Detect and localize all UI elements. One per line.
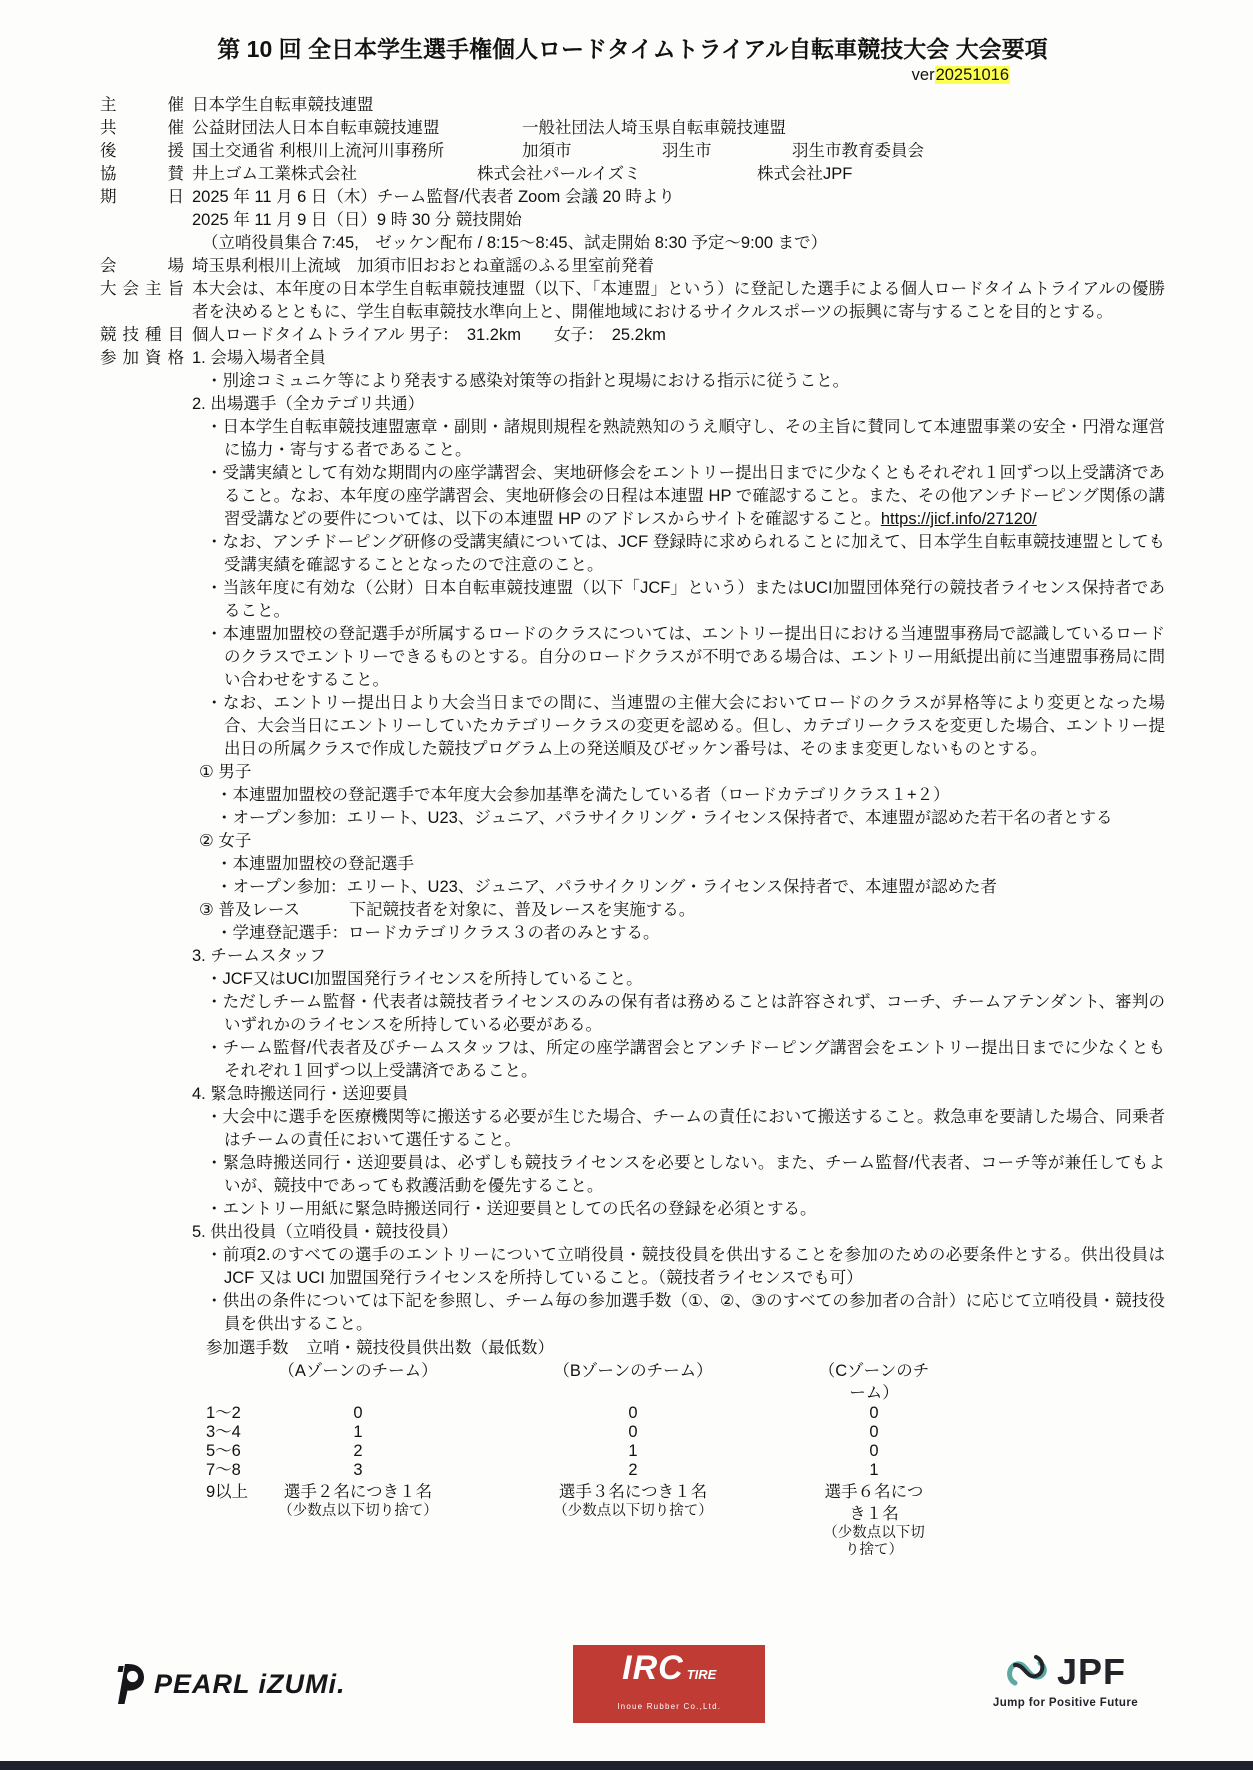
eligibility-item: ・緊急時搬送同行・送迎要員は、必ずしも競技ライセンスを必要としない。また、チーム… [206,1152,1165,1198]
zone-a-value: 2 [268,1442,448,1461]
support-1: 国土交通省 利根川上流河川事務所 [192,140,522,163]
pearl-izumi-mark-icon [115,1664,145,1704]
row-label: 1～2 [206,1404,268,1423]
zone-c-note: （少数点以下切り捨て） [818,1525,930,1559]
table-row: 7～8 3 2 1 [206,1461,1165,1480]
row-events: 競技種目 個人ロードタイムトライアル 男子： 31.2km 女子： 25.2km [100,324,1165,347]
irc-tire-logo: IRC TIRE Inoue Rubber Co.,Ltd. [573,1645,765,1723]
jicf-link[interactable]: https://jicf.info/27120/ [881,510,1037,528]
zone-c-value: 0 [818,1404,930,1423]
row-support: 後援 国土交通省 利根川上流河川事務所 加須市 羽生市 羽生市教育委員会 [100,140,1165,163]
eligibility-item: ・オープン参加：エリート、U23、ジュニア、パラサイクリング・ライセンス保持者で… [216,807,1165,830]
eligibility-item: ・受講実績として有効な期間内の座学講習会、実地研修会をエントリー提出日までに少な… [206,462,1165,531]
jpf-logo: JPF Jump for Positive Future [993,1653,1138,1715]
label-co-organizer: 共催 [100,117,184,140]
eligibility-body: 1. 会場入場者全員 ・別途コミュニケ等により発表する感染対策等の指針と現場にお… [192,347,1165,1559]
zone-header-row: （Aゾーンのチーム） （Bゾーンのチーム） （Cゾーンのチーム） [206,1360,1165,1404]
label-eligibility: 参加資格 [100,347,184,370]
eligibility-item: ・大会中に選手を医療機関等に搬送する必要が生じた場合、チームの責任において搬送す… [206,1106,1165,1152]
eligibility-item: ・オープン参加：エリート、U23、ジュニア、パラサイクリング・ライセンス保持者で… [216,876,1165,899]
zone-a-header: （Aゾーンのチーム） [268,1360,448,1404]
co-organizer-2: 一般社団法人埼玉県自転車競技連盟 [522,117,786,140]
eligibility-item: ・なお、アンチドーピング研修の受講実績については、JCF 登録時に求められること… [206,531,1165,577]
footer-bar [0,1761,1253,1770]
table-row-nine-plus: 9以上 選手２名につき１名 （少数点以下切り捨て） 選手３名につき１名 （少数点… [206,1481,1165,1559]
label-sponsor: 協賛 [100,163,184,186]
zone-c-rule: 選手６名につき１名 [818,1481,930,1525]
zone-c-value: 1 [818,1461,930,1480]
row-venue: 会場 埼玉県利根川上流域 加須市旧おおとね童謡のふる里室前発着 [100,255,1165,278]
row-sponsor: 協賛 井上ゴム工業株式会社 株式会社パールイズミ 株式会社JPF [100,163,1165,186]
jpf-wordmark: JPF [1057,1653,1126,1691]
version-number-highlight: 20251016 [935,66,1010,84]
zone-a-value: 0 [268,1404,448,1423]
row-co-organizer: 共催 公益財団法人日本自転車競技連盟 一般社団法人埼玉県自転車競技連盟 [100,117,1165,140]
label-organizer: 主催 [100,94,184,117]
jpf-tagline: Jump for Positive Future [993,1692,1138,1715]
support-4: 羽生市教育委員会 [792,140,924,163]
support-2: 加須市 [522,140,662,163]
zone-b-value: 選手３名につき１名 （少数点以下切り捨て） [448,1481,818,1559]
table-head-col1: 参加選手数 [206,1337,289,1360]
label-events: 競技種目 [100,324,184,347]
row-dates: 期日 2025 年 11 月 6 日（木）チーム監督/代表者 Zoom 会議 2… [100,186,1165,255]
date-line-2: 2025 年 11 月 9 日（日）9 時 30 分 競技開始 [192,209,1165,232]
row-organizer: 主催 日本学生自転車競技連盟 [100,94,1165,117]
zone-c-header: （Cゾーンのチーム） [818,1360,930,1404]
pearl-izumi-wordmark: PEARL iZUMi. [154,1673,346,1696]
jpf-mark-icon [1005,1653,1051,1691]
sponsor-3: 株式会社JPF [757,163,852,186]
sponsor-2: 株式会社パールイズミ [477,163,757,186]
irc-wordmark: IRC [622,1651,684,1685]
zone-b-value: 0 [448,1423,818,1442]
zone-b-rule: 選手３名につき１名 [448,1481,818,1503]
eligibility-item: ・前項2.のすべての選手のエントリーについて立哨役員・競技役員を供出することを参… [206,1244,1165,1290]
eligibility-item: ・別途コミュニケ等により発表する感染対策等の指針と現場における指示に従うこと。 [206,370,1165,393]
table-row: 3～4 1 0 0 [206,1423,1165,1442]
document-page: 第 10 回 全日本学生選手権個人ロードタイムトライアル自転車競技大会 大会要項… [0,0,1253,1770]
value-purpose: 本大会は、本年度の日本学生自転車競技連盟（以下、「本連盟」という）に登記した選手… [192,278,1165,324]
zone-b-value: 0 [448,1404,818,1423]
value-organizer: 日本学生自転車競技連盟 [192,94,1165,117]
row-label: 3～4 [206,1423,268,1442]
row-label: 7～8 [206,1461,268,1480]
row-label: 5～6 [206,1442,268,1461]
eligibility-item: 3. チームスタッフ [192,945,1165,968]
zone-b-value: 2 [448,1461,818,1480]
page-title: 第 10 回 全日本学生選手権個人ロードタイムトライアル自転車競技大会 大会要項 [100,34,1165,64]
eligibility-item: 5. 供出役員（立哨役員・競技役員） [192,1221,1165,1244]
eligibility-item: ・本連盟加盟校の登記選手が所属するロードのクラスについては、エントリー提出日にお… [206,623,1165,692]
table-head-col2: 立哨・競技役員供出数（最低数） [307,1337,555,1360]
value-venue: 埼玉県利根川上流域 加須市旧おおとね童謡のふる里室前発着 [192,255,1165,278]
table-row: 1～2 0 0 0 [206,1404,1165,1423]
pearl-izumi-logo: PEARL iZUMi. [115,1664,346,1704]
row-purpose: 大会主旨 本大会は、本年度の日本学生自転車競技連盟（以下、「本連盟」という）に登… [100,278,1165,324]
zone-b-note: （少数点以下切り捨て） [448,1503,818,1520]
zone-c-value: 0 [818,1423,930,1442]
provision-table-header: 参加選手数 立哨・競技役員供出数（最低数） [206,1337,1165,1360]
row-label: 9以上 [206,1481,268,1559]
row-eligibility: 参加資格 1. 会場入場者全員 ・別途コミュニケ等により発表する感染対策等の指針… [100,347,1165,1559]
eligibility-item: 4. 緊急時搬送同行・送迎要員 [192,1083,1165,1106]
zone-c-value: 0 [818,1442,930,1461]
version-prefix: ver [912,66,935,84]
eligibility-item: 1. 会場入場者全員 [192,347,1165,370]
eligibility-item: ・本連盟加盟校の登記選手で本年度大会参加基準を満たしている者（ロードカテゴリクラ… [216,784,1165,807]
zone-b-header: （Bゾーンのチーム） [448,1360,818,1404]
zone-a-rule: 選手２名につき１名 [268,1481,448,1503]
zone-b-value: 1 [448,1442,818,1461]
eligibility-item: ・日本学生自転車競技連盟憲章・副則・諸規則規程を熟読熟知のうえ順守し、その主旨に… [206,416,1165,462]
eligibility-item-open-race: ③ 普及レース 下記競技者を対象に、普及レースを実施する。 [199,899,1165,922]
support-3: 羽生市 [662,140,792,163]
irc-subtext: Inoue Rubber Co.,Ltd. [617,1695,721,1718]
eligibility-item-men: ① 男子 [199,761,1165,784]
eligibility-item: 2. 出場選手（全カテゴリ共通） [192,393,1165,416]
eligibility-item: ・供出の条件については下記を参照し、チーム毎の参加選手数（①、②、③のすべての参… [206,1290,1165,1336]
date-line-3: （立哨役員集合 7:45, ゼッケン配布 / 8:15～8:45、試走開始 8:… [202,232,1165,255]
label-dates: 期日 [100,186,184,209]
value-events: 個人ロードタイムトライアル 男子： 31.2km 女子： 25.2km [192,324,1165,347]
eligibility-item: ・当該年度に有効な（公財）日本自転車競技連盟（以下「JCF」という）またはUCI… [206,577,1165,623]
zone-a-value: 3 [268,1461,448,1480]
co-organizer-1: 公益財団法人日本自転車競技連盟 [192,117,522,140]
zone-a-value: 1 [268,1423,448,1442]
eligibility-item: ・なお、エントリー提出日より大会当日までの間に、当連盟の主催大会においてロードの… [206,692,1165,761]
label-venue: 会場 [100,255,184,278]
eligibility-item: ・チーム監督/代表者及びチームスタッフは、所定の座学講習会とアンチドーピング講習… [206,1037,1165,1083]
eligibility-item-women: ② 女子 [199,830,1165,853]
sponsor-1: 井上ゴム工業株式会社 [192,163,477,186]
zone-a-value: 選手２名につき１名 （少数点以下切り捨て） [268,1481,448,1559]
date-line-1: 2025 年 11 月 6 日（木）チーム監督/代表者 Zoom 会議 20 時… [192,186,1165,209]
eligibility-item: ・本連盟加盟校の登記選手 [216,853,1165,876]
zone-a-note: （少数点以下切り捨て） [268,1503,448,1520]
eligibility-item: ・学連登記選手：ロードカテゴリクラス３の者のみとする。 [216,922,1165,945]
sponsor-logos-row: PEARL iZUMi. IRC TIRE Inoue Rubber Co.,L… [0,1645,1253,1723]
eligibility-item: ・ただしチーム監督・代表者は競技者ライセンスのみの保有者は務めることは許容されず… [206,991,1165,1037]
eligibility-item: ・エントリー用紙に緊急時搬送同行・送迎要員としての氏名の登録を必須とする。 [206,1198,1165,1221]
version-line: ver20251016 [100,64,1165,86]
zone-c-value: 選手６名につき１名 （少数点以下切り捨て） [818,1481,930,1559]
label-support: 後援 [100,140,184,163]
irc-tire-text: TIRE [687,1658,717,1692]
label-purpose: 大会主旨 [100,278,184,301]
eligibility-item: ・JCF又はUCI加盟国発行ライセンスを所持していること。 [206,968,1165,991]
table-row: 5～6 2 1 0 [206,1442,1165,1461]
